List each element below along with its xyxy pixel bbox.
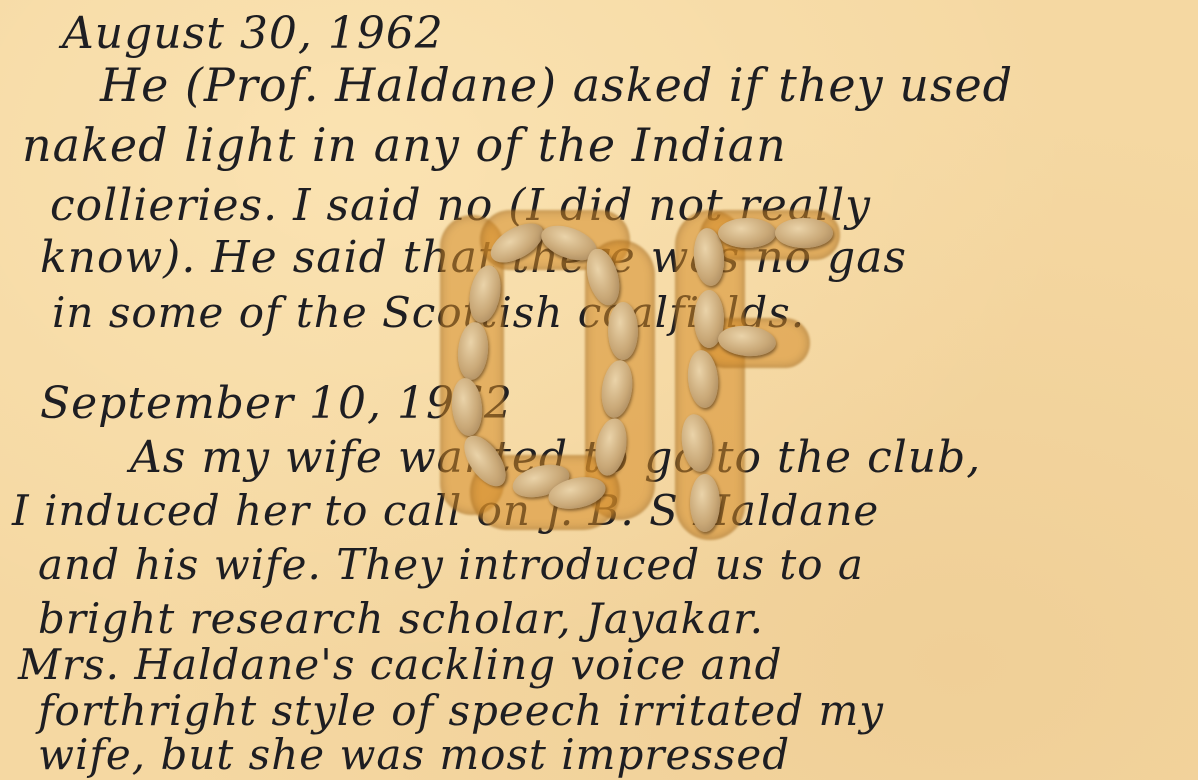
wheat-grain [718,218,776,248]
diary-page: August 30, 1962 He (Prof. Haldane) asked… [0,0,1198,780]
wheat-grain [690,474,720,532]
wheat-grain-artwork [0,0,1198,780]
wheat-grain [775,218,833,248]
wheat-grain [608,302,638,360]
